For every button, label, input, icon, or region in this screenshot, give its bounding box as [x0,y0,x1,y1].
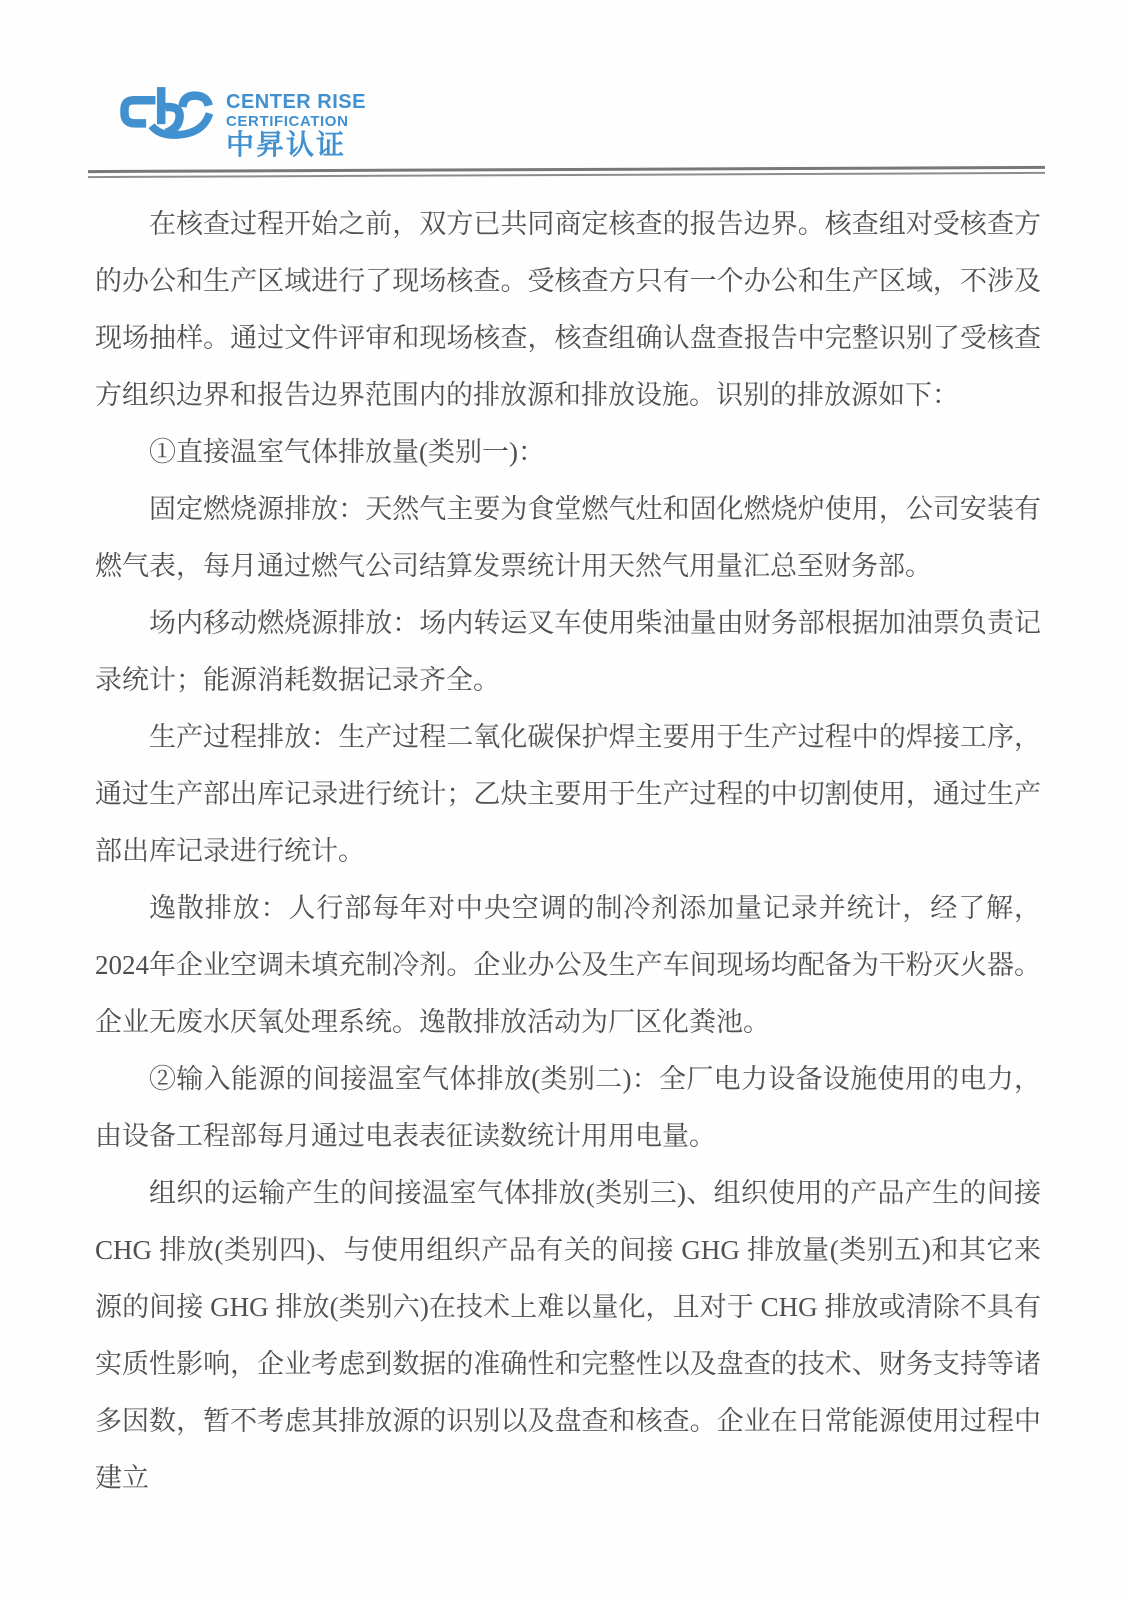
logo-text-block: CENTER RISE CERTIFICATION 中昇认证 [226,84,366,159]
paragraph-category1-heading: ①直接温室气体排放量(类别一)： [95,424,1041,481]
document-page: CENTER RISE CERTIFICATION 中昇认证 在核查过程开始之前… [0,0,1130,1600]
company-logo: CENTER RISE CERTIFICATION 中昇认证 [116,84,366,159]
document-body: 在核查过程开始之前，双方已共同商定核查的报告边界。核查组对受核查方的办公和生产区… [95,196,1041,1507]
logo-name-chinese: 中昇认证 [226,130,366,159]
paragraph-mobile-combustion: 场内移动燃烧源排放：场内转运叉车使用柴油量由财务部根据加油票负责记录统计；能源消… [95,595,1041,709]
paragraph-category2-indirect-energy: ②输入能源的间接温室气体排放(类别二)：全厂电力设备设施使用的电力，由设备工程部… [95,1051,1041,1165]
logo-name-line2: CERTIFICATION [226,114,366,129]
logo-name-line1: CENTER RISE [226,92,366,112]
header-divider [88,166,1045,178]
header-divider-bottom-line [88,172,1045,178]
paragraph-stationary-combustion: 固定燃烧源排放：天然气主要为食堂燃气灶和固化燃烧炉使用，公司安装有燃气表，每月通… [95,481,1041,595]
paragraph-other-categories: 组织的运输产生的间接温室气体排放(类别三)、组织使用的产品产生的间接CHG 排放… [95,1165,1041,1507]
paragraph-fugitive-emission: 逸散排放：人行部每年对中央空调的制冷剂添加量记录并统计，经了解，2024年企业空… [95,880,1041,1051]
paragraph-process-emission: 生产过程排放：生产过程二氧化碳保护焊主要用于生产过程中的焊接工序，通过生产部出库… [95,709,1041,880]
paragraph-boundary-agreement: 在核查过程开始之前，双方已共同商定核查的报告边界。核查组对受核查方的办公和生产区… [95,196,1041,424]
crc-logo-icon [116,84,218,152]
